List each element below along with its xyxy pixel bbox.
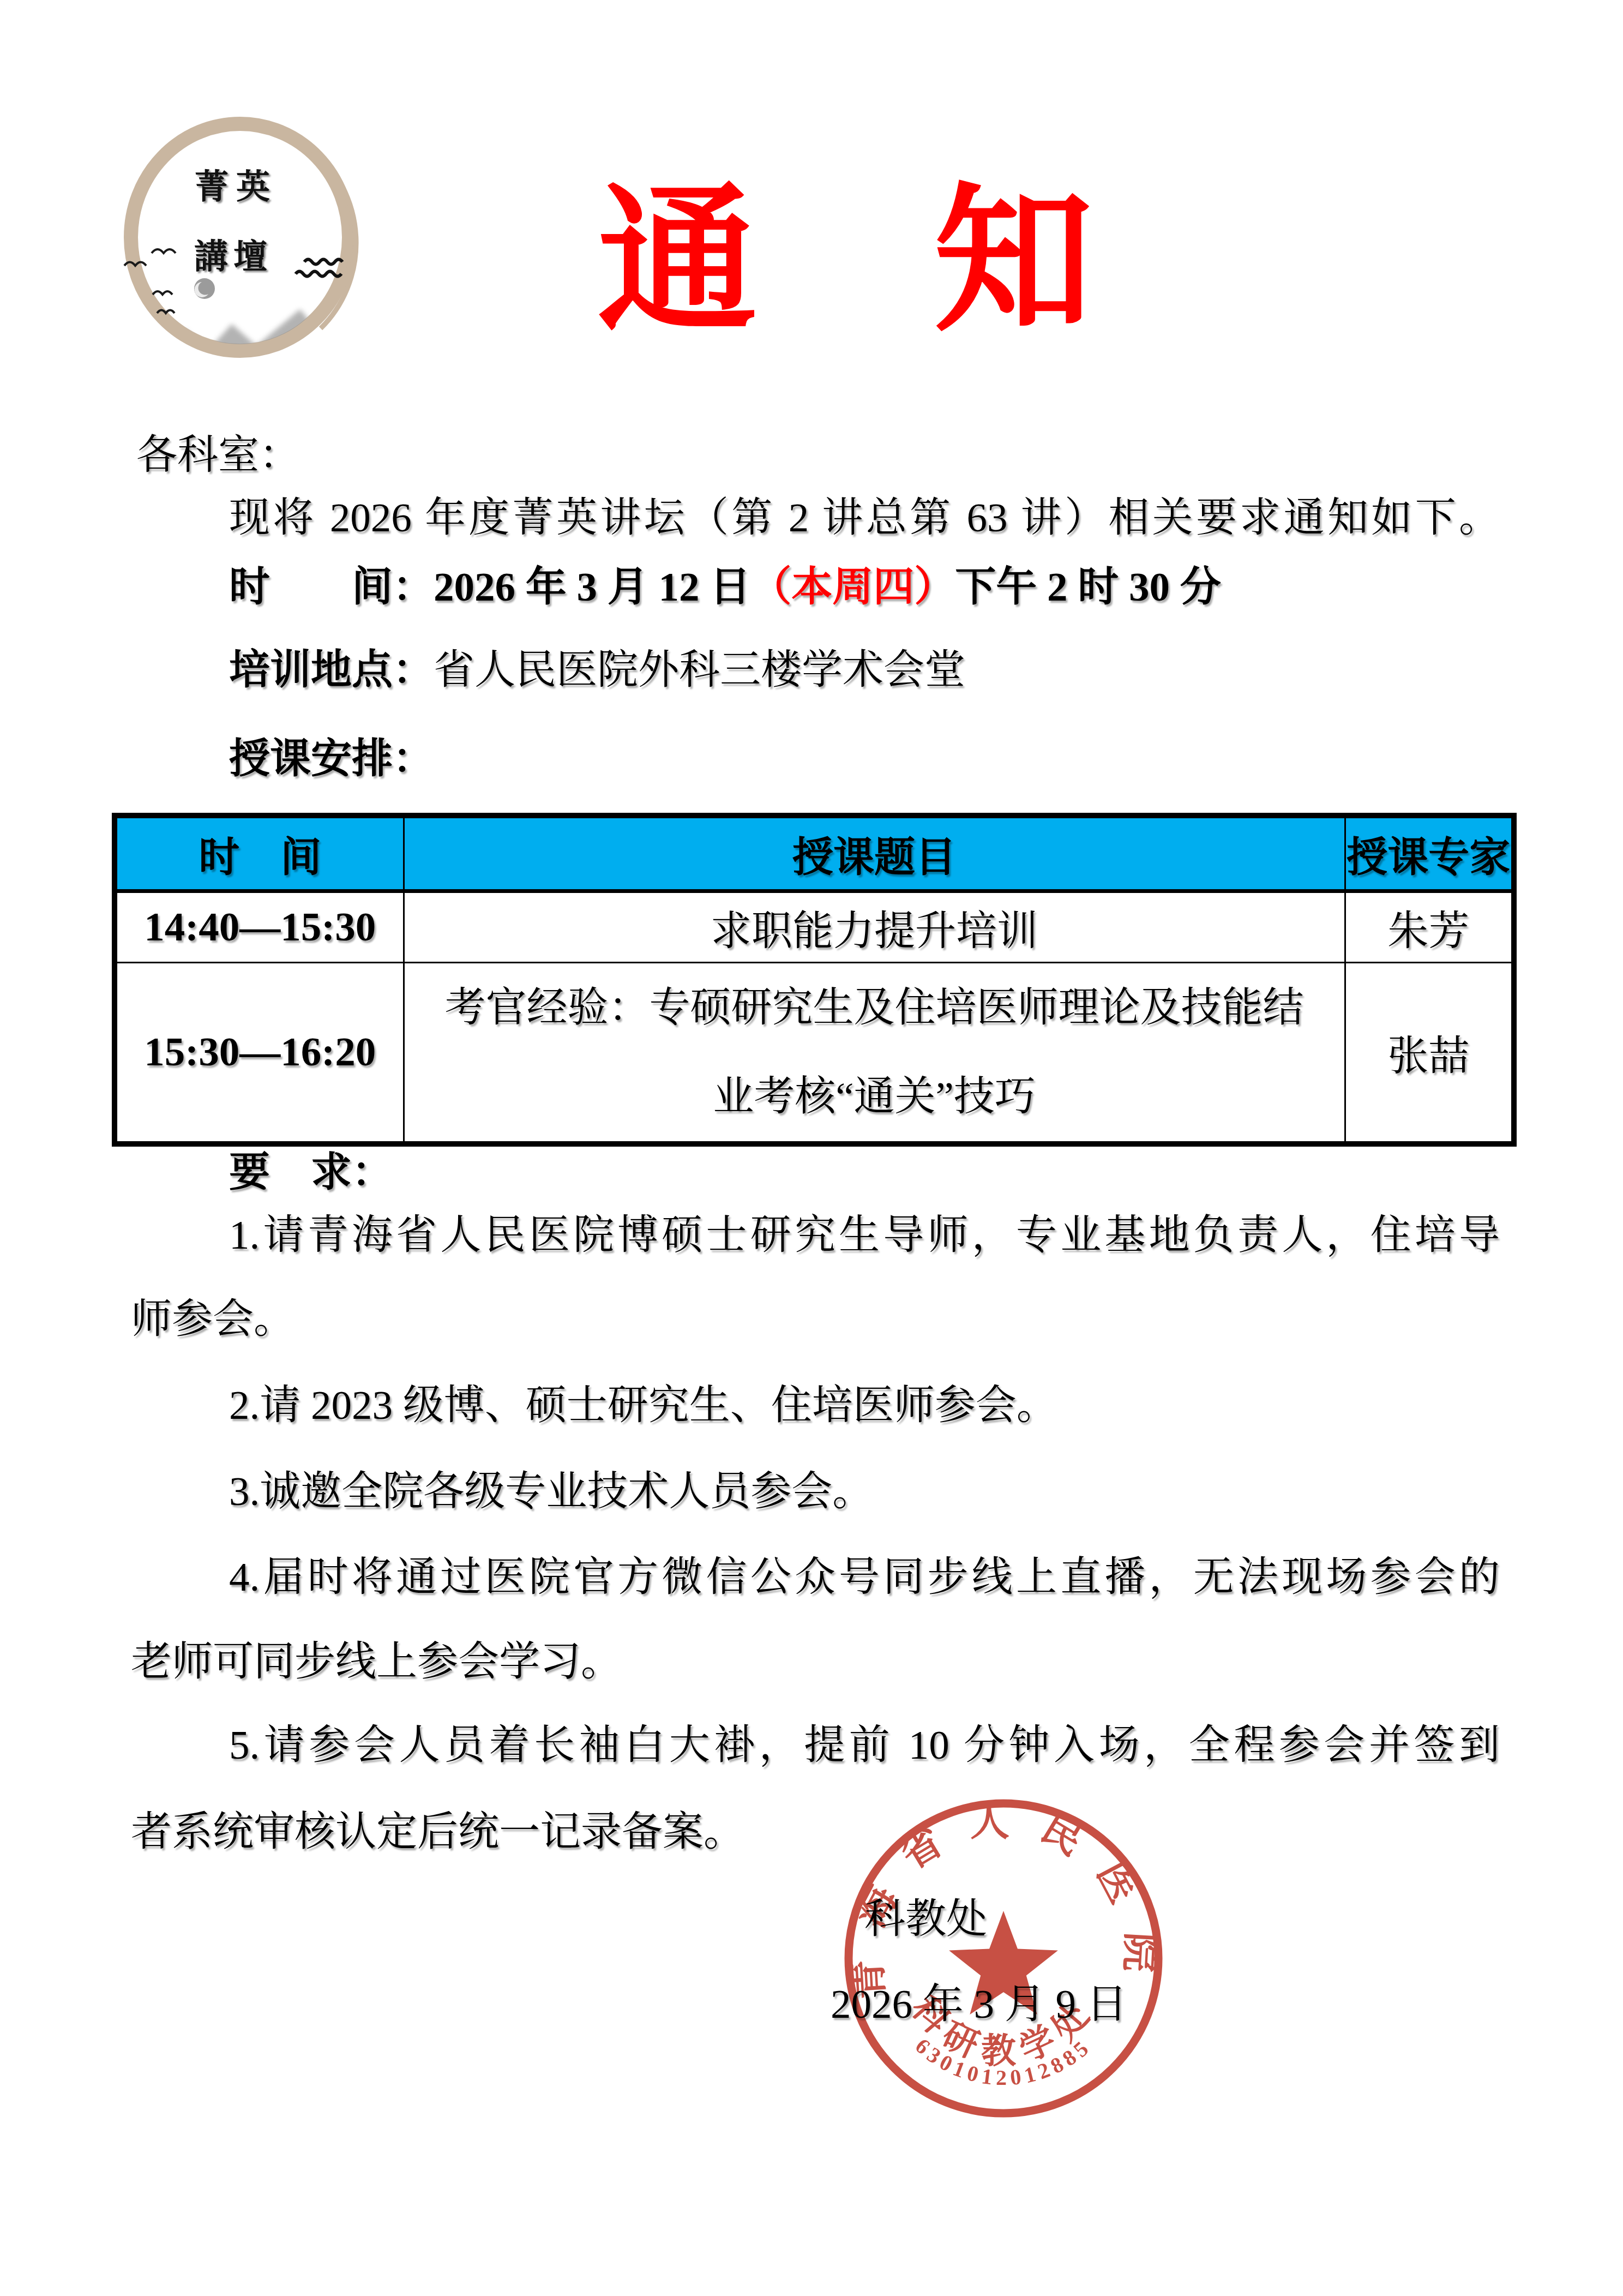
requirement-3: 3.诚邀全院各级专业技术人员参会。 bbox=[229, 1466, 873, 1518]
schedule-row-2: 15:30—16:20 考官经验：专硕研究生及住培医师理论及技能结 业考核“通关… bbox=[115, 963, 1514, 1144]
time-value: 2026 年 3 月 12 日 bbox=[434, 565, 750, 610]
time-highlight: （本周四） bbox=[750, 565, 955, 610]
row2-topic: 考官经验：专硕研究生及住培医师理论及技能结 业考核“通关”技巧 bbox=[404, 963, 1345, 1144]
time-line: 时 间：2026 年 3 月 12 日（本周四）下午 2 时 30 分 bbox=[229, 562, 1221, 613]
signoff-department: 科教处 bbox=[864, 1894, 987, 1945]
notice-document: 菁英 講壇 通 知 各科室： 现将 2026 年度菁英讲坛（第 2 讲总第 63… bbox=[0, 0, 1623, 2296]
header-time: 时 间 bbox=[115, 816, 404, 891]
requirements-label: 要 求： bbox=[229, 1147, 393, 1198]
schedule-table: 时 间 授课题目 授课专家 14:40—15:30 求职能力提升培训 朱芳 15… bbox=[112, 813, 1517, 1147]
header-speaker: 授课专家 bbox=[1345, 816, 1514, 891]
schedule-header-row: 时 间 授课题目 授课专家 bbox=[115, 816, 1514, 891]
location-line: 培训地点：省人民医院外科三楼学术会堂 bbox=[229, 645, 965, 696]
intro-paragraph: 现将 2026 年度菁英讲坛（第 2 讲总第 63 讲）相关要求通知如下。 bbox=[229, 493, 1500, 544]
requirement-5-line1: 5.请参会人员着长袖白大褂，提前 10 分钟入场，全程参会并签到 bbox=[229, 1720, 1500, 1771]
requirement-2: 2.请 2023 级博、硕士研究生、住培医师参会。 bbox=[229, 1380, 1057, 1431]
requirement-4-line1: 4.届时将通过医院官方微信公众号同步线上直播，无法现场参会的 bbox=[229, 1552, 1500, 1603]
location-value: 省人民医院外科三楼学术会堂 bbox=[434, 648, 965, 693]
row1-time: 14:40—15:30 bbox=[115, 891, 404, 963]
header-topic: 授课题目 bbox=[404, 816, 1345, 891]
row2-speaker: 张喆 bbox=[1345, 963, 1514, 1144]
time-value-suffix: 下午 2 时 30 分 bbox=[955, 565, 1221, 610]
location-label: 培训地点： bbox=[229, 648, 434, 693]
requirement-1-line1: 1.请青海省人民医院博硕士研究生导师，专业基地负责人，住培导 bbox=[229, 1210, 1500, 1261]
page-title: 通 知 bbox=[0, 183, 1623, 343]
requirement-4-line2: 老师可同步线上参会学习。 bbox=[131, 1636, 622, 1688]
official-stamp: 青海省人民医院 科研教学处 6301012012885 bbox=[840, 1795, 1167, 2122]
requirement-1-line2: 师参会。 bbox=[131, 1294, 294, 1345]
signoff-date: 2026 年 3 月 9 日 bbox=[831, 1979, 1127, 2030]
salutation: 各科室： bbox=[136, 430, 300, 481]
requirement-5-line2: 者系统审核认定后统一记录备案。 bbox=[131, 1807, 744, 1858]
row1-speaker: 朱芳 bbox=[1345, 891, 1514, 963]
stamp-graphic: 青海省人民医院 科研教学处 6301012012885 bbox=[840, 1795, 1167, 2122]
row2-time: 15:30—16:20 bbox=[115, 963, 404, 1144]
schedule-row-1: 14:40—15:30 求职能力提升培训 朱芳 bbox=[115, 891, 1514, 963]
time-label: 时 间： bbox=[229, 565, 434, 610]
schedule-label: 授课安排： bbox=[229, 734, 434, 785]
row1-topic: 求职能力提升培训 bbox=[404, 891, 1345, 963]
